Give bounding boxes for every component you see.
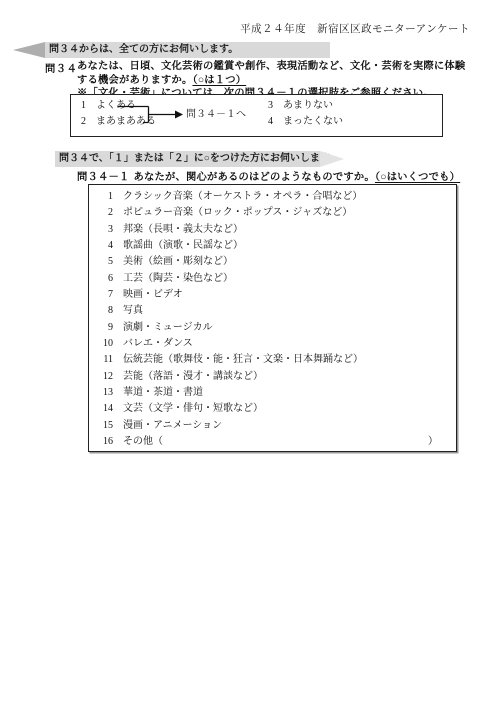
option-label: 文芸（文学・俳句・短歌など） (123, 401, 263, 417)
list-item: 16 その他（ ） (89, 434, 456, 450)
question-34-label: 問３４ (45, 60, 77, 75)
question-34-line1: あなたは、日頃、文化芸術の鑑賞や創作、表現活動など、文化・芸術を実際に体験 (77, 60, 472, 74)
left-arrow-icon (13, 42, 45, 58)
question-34-answer-count: （○は１つ） (192, 75, 246, 86)
option-label: 演劇・ミュージカル (123, 320, 213, 336)
question-34-line2: する機会がありますか。（○は１つ） (77, 74, 472, 88)
option-number: 3 (89, 222, 113, 238)
banner-text-box: 問３４からは、全ての方にお伺いします。 (45, 42, 330, 58)
list-item: 11 伝統芸能（歌舞伎・能・狂言・文楽・日本舞踊など） (89, 352, 456, 368)
option-label: バレエ・ダンス (123, 336, 193, 352)
list-item: 9 演劇・ミュージカル (89, 320, 456, 336)
question-34-line2-text: する機会がありますか。 (77, 75, 192, 86)
banner-text: 問３４からは、全ての方にお伺いします。 (49, 44, 238, 55)
list-item: 13 華道・茶道・書道 (89, 385, 456, 401)
question-34-1: 問３４－１あなたが、関心があるのはどのようなものですか。（○はいくつでも） (77, 168, 477, 183)
instruction-banner-all: 問３４からは、全ての方にお伺いします。 (13, 42, 330, 58)
list-item: 3 邦楽（長唄・義太夫など） (89, 222, 456, 238)
option-label: 歌謡曲（演歌・民謡など） (123, 238, 243, 254)
banner-text: 問３４で、「１」または「２」に○をつけた方にお伺いします。 (59, 153, 339, 164)
q34-options-box: 1よくある 2まあまあある 3あまりない 4まったくない 問３４－１へ (70, 94, 443, 137)
list-item: 4 歌謡曲（演歌・民謡など） (89, 238, 456, 254)
instruction-banner-filter: 問３４で、「１」または「２」に○をつけた方にお伺いします。 (55, 151, 344, 167)
option-label: 工芸（陶芸・染色など） (123, 271, 233, 287)
banner-text-box: 問３４で、「１」または「２」に○をつけた方にお伺いします。 (55, 151, 320, 167)
question-34-1-answer-count: （○はいくつでも） (375, 172, 460, 183)
branch-arrow-icon (71, 95, 444, 138)
option-number: 12 (89, 369, 113, 385)
option-number: 7 (89, 287, 113, 303)
list-item: 15 漫画・アニメーション (89, 418, 456, 434)
option-label: 映画・ビデオ (123, 287, 183, 303)
option-label: 華道・茶道・書道 (123, 385, 203, 401)
option-label: ポピュラー音楽（ロック・ポップス・ジャズなど） (123, 205, 352, 221)
list-item: 5 美術（絵画・彫刻など） (89, 254, 456, 270)
option-number: 16 (89, 434, 113, 450)
option-label: 写真 (123, 303, 143, 319)
option-label: 美術（絵画・彫刻など） (123, 254, 233, 270)
option-label: 邦楽（長唄・義太夫など） (123, 222, 243, 238)
q34-1-options-box: 1 クラシック音楽（オーケストラ・オペラ・合唱など） 2 ポピュラー音楽（ロック… (88, 184, 457, 452)
list-item: 7 映画・ビデオ (89, 287, 456, 303)
list-item: 6 工芸（陶芸・染色など） (89, 271, 456, 287)
document-page: 平成２４年度 新宿区区政モニターアンケート 問３４からは、全ての方にお伺いします… (0, 0, 496, 702)
option-number: 13 (89, 385, 113, 401)
list-item: 10 バレエ・ダンス (89, 336, 456, 352)
right-arrow-icon (320, 151, 344, 167)
list-item: 14 文芸（文学・俳句・短歌など） (89, 401, 456, 417)
list-item: 12 芸能（落語・漫才・講談など） (89, 369, 456, 385)
question-34-1-text: あなたが、関心があるのはどのようなものですか。 (133, 172, 374, 183)
other-close-paren: ） (428, 434, 438, 450)
option-number: 15 (89, 418, 113, 434)
option-number: 8 (89, 303, 113, 319)
option-label: 漫画・アニメーション (123, 418, 222, 434)
option-number: 11 (89, 352, 113, 368)
option-number: 6 (89, 271, 113, 287)
option-number: 2 (89, 205, 113, 221)
list-item: 1 クラシック音楽（オーケストラ・オペラ・合唱など） (89, 189, 456, 205)
option-label: 芸能（落語・漫才・講談など） (123, 369, 263, 385)
option-number: 4 (89, 238, 113, 254)
goto-q34-1-label: 問３４－１へ (186, 108, 246, 122)
option-label: クラシック音楽（オーケストラ・オペラ・合唱など） (123, 189, 362, 205)
option-number: 14 (89, 401, 113, 417)
option-label: その他（ (123, 434, 163, 450)
list-item: 8 写真 (89, 303, 456, 319)
option-number: 9 (89, 320, 113, 336)
question-34-1-label: 問３４－１ (77, 172, 129, 183)
option-number: 1 (89, 189, 113, 205)
page-title: 平成２４年度 新宿区区政モニターアンケート (240, 21, 470, 36)
option-number: 5 (89, 254, 113, 270)
option-number: 10 (89, 336, 113, 352)
list-item: 2 ポピュラー音楽（ロック・ポップス・ジャズなど） (89, 205, 456, 221)
option-label: 伝統芸能（歌舞伎・能・狂言・文楽・日本舞踊など） (123, 352, 363, 368)
